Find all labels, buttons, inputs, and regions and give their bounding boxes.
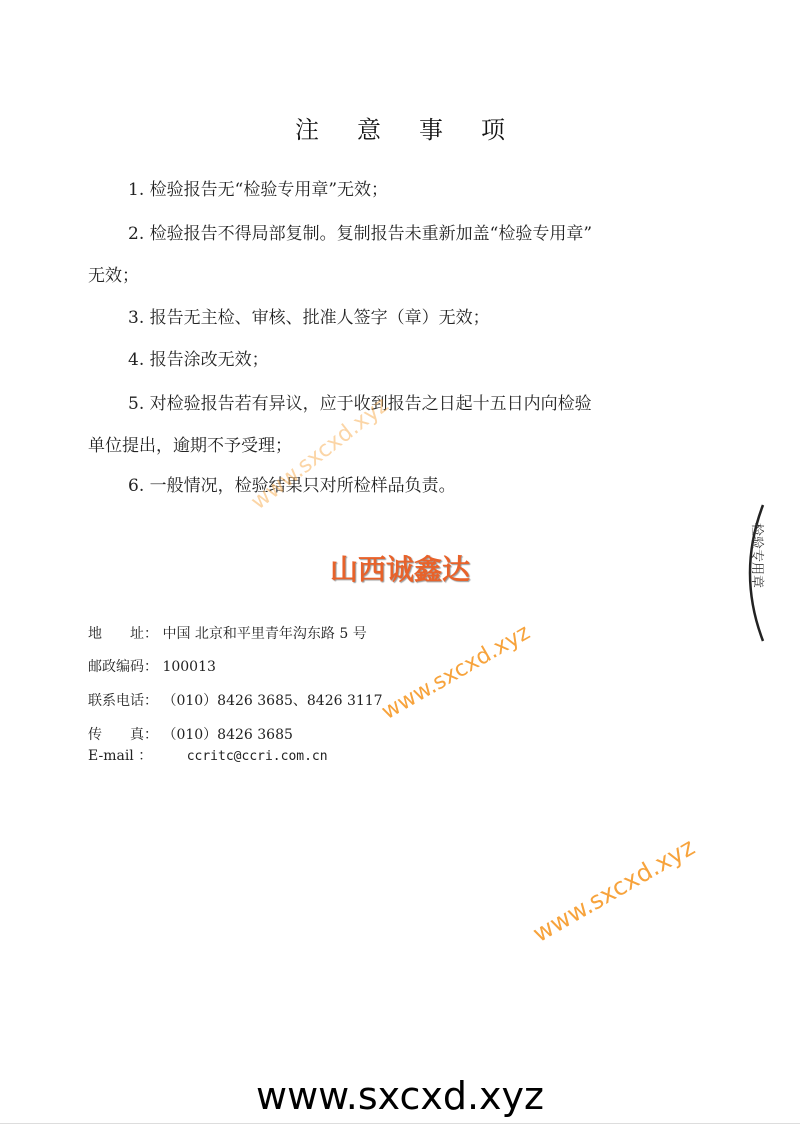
address-label: 地 址：	[88, 626, 158, 642]
email-label: E-mail ：	[88, 748, 152, 764]
watermark-3: www.sxcxd.xyz	[528, 833, 700, 948]
page-title: 注意事项	[0, 110, 800, 145]
phone-row: 联系电话： （010）8426 3685、8426 3117	[88, 690, 383, 710]
watermark-2: www.sxcxd.xyz	[378, 620, 535, 725]
email-row: E-mail ： ccritc@ccri.com.cn	[88, 745, 328, 765]
postcode-value: 100013	[162, 659, 215, 675]
notice-item-4: 4. 报告涂改无效；	[128, 345, 269, 370]
notice-item-5-cont: 单位提出，逾期不予受理；	[88, 431, 292, 456]
fax-label: 传 真：	[88, 727, 158, 743]
phone-label: 联系电话：	[88, 693, 158, 709]
notice-item-2: 2. 检验报告不得局部复制。复制报告未重新加盖“检验专用章”	[128, 219, 592, 244]
brand-logo-text: 山西诚鑫达	[0, 548, 800, 588]
address-value: 中国 北京和平里青年沟东路 5 号	[162, 626, 366, 642]
bottom-divider	[0, 1123, 800, 1124]
email-value: ccritc@ccri.com.cn	[187, 749, 328, 764]
phone-value: （010）8426 3685、8426 3117	[162, 693, 382, 709]
postcode-row: 邮政编码： 100013	[88, 656, 216, 676]
address-row: 地 址： 中国 北京和平里青年沟东路 5 号	[88, 623, 367, 643]
fax-row: 传 真： （010）8426 3685	[88, 724, 293, 744]
footer-url: www.sxcxd.xyz	[0, 1074, 800, 1118]
postcode-label: 邮政编码：	[88, 659, 158, 675]
fax-value: （010）8426 3685	[162, 727, 292, 743]
notice-item-2-cont: 无效；	[88, 261, 139, 286]
notice-item-1: 1. 检验报告无“检验专用章”无效；	[128, 175, 388, 200]
stamp-text: 检验专用章	[749, 523, 765, 588]
notice-item-3: 3. 报告无主检、审核、批准人签字（章）无效；	[128, 303, 490, 328]
stamp-seal-icon: 检验专用章	[735, 503, 767, 643]
